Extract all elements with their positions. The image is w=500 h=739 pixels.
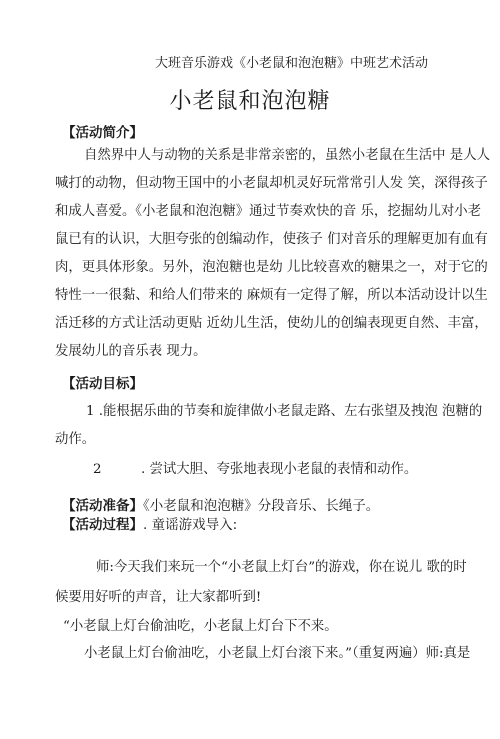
- intro-line-3: 和成人喜爱。《小老鼠和泡泡糖》通过节奏欢快的音 乐，挖掘幼儿对小老: [55, 204, 445, 220]
- intro-line-7: 活迁移的方式让活动更贴 近幼儿生活，使幼儿的创编表现更自然、丰富，: [55, 316, 445, 332]
- intro-line-2: 喊打的动物，但动物王国中的小老鼠却机灵好玩常常引人发 笑，深得孩子: [55, 176, 445, 192]
- intro-line-5: 肉，更具体形象。另外，泡泡糖也是幼 儿比较喜欢的糖果之一，对于它的: [55, 260, 445, 276]
- goal-item-2-text: . 尝试大胆、夸张地表现小老鼠的表情和动作。: [141, 462, 417, 478]
- process-subheading: . 童谣游戏导入:: [143, 517, 237, 533]
- process-line-3: “小老鼠上灯台偷油吃，小老鼠上灯台下不来。: [63, 619, 338, 635]
- section-process: 【活动过程】. 童谣游戏导入:: [62, 513, 237, 533]
- section-heading-preparation: 【活动准备】: [62, 498, 143, 514]
- document-subtitle: 大班音乐游戏《小老鼠和泡泡糖》中班艺术活动: [155, 52, 428, 71]
- process-line-1: 师:今天我们来玩一个“小老鼠上灯台”的游戏，你在说儿 歌的时: [96, 560, 446, 576]
- goal-item-2-number: 2: [93, 462, 102, 478]
- intro-line-8: 发展幼儿的音乐表 现力。: [55, 344, 207, 360]
- section-heading-intro: 【活动简介】: [62, 121, 143, 141]
- document-title: 小老鼠和泡泡糖: [0, 84, 500, 115]
- section-preparation: 【活动准备】《小老鼠和泡泡糖》分段音乐、长绳子。: [62, 494, 379, 514]
- goal-item-1: 1 .能根据乐曲的节奏和旋律做小老鼠走路、左右张望及拽泡 泡糖的: [86, 404, 446, 420]
- intro-line-4: 鼠已有的认识，大胆夸张的创编动作，使孩子 们对音乐的理解更加有血有: [55, 232, 445, 248]
- intro-line-1: 自然界中人与动物的关系是非常亲密的，虽然小老鼠在生活中 是人人: [84, 148, 446, 164]
- section-heading-process: 【活动过程】: [62, 517, 143, 533]
- section-heading-goals: 【活动目标】: [62, 372, 143, 392]
- preparation-text: 《小老鼠和泡泡糖》分段音乐、长绳子。: [143, 498, 379, 514]
- process-line-2: 候要用好听的声音，让大家都听到!: [55, 590, 261, 606]
- intro-line-6: 特性一一很黏、和给人们带来的 麻烦有一定得了解，所以本活动设计以生: [55, 288, 445, 304]
- goal-item-1-cont: 动作。: [55, 432, 95, 448]
- process-line-4: 小老鼠上灯台偷油吃，小老鼠上灯台滚下来。”（重复两遍）师:真是: [84, 646, 446, 662]
